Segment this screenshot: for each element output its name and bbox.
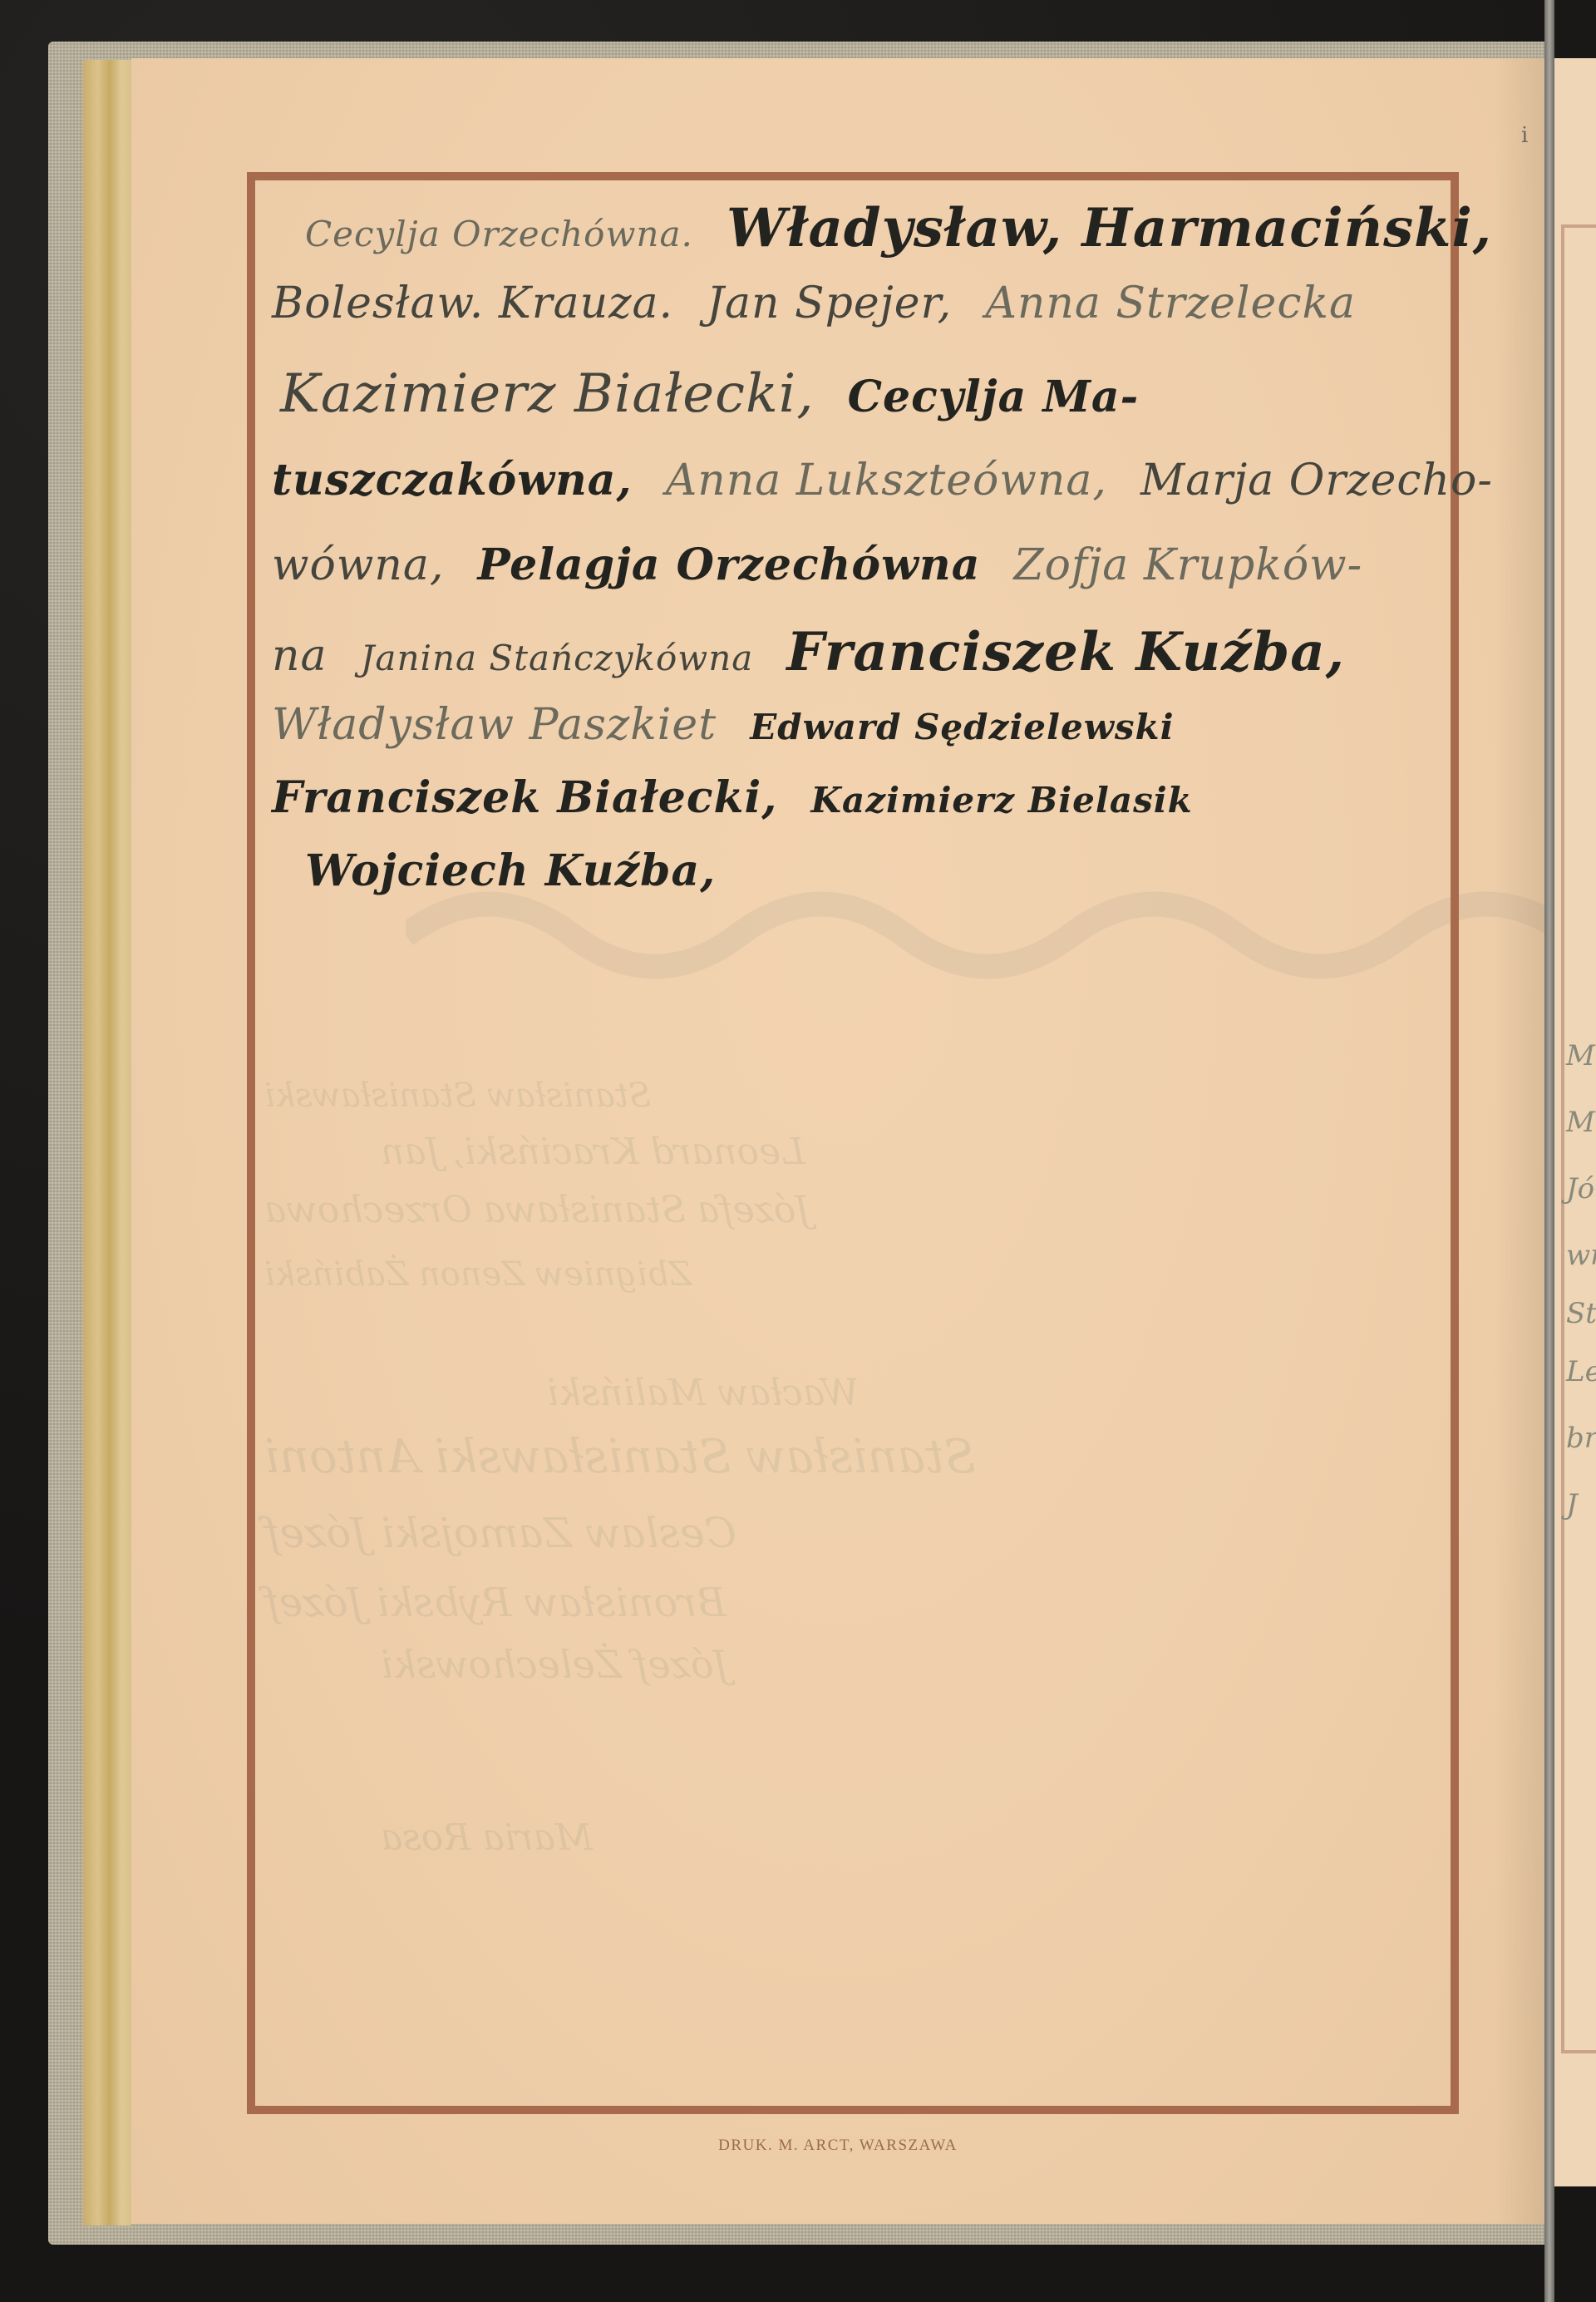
handwritten-name: Pelagja Orzechówna	[477, 540, 980, 590]
next-page-fragment: Ma	[1566, 1106, 1596, 1139]
handwritten-name: Anna Lukszteówna,	[666, 456, 1107, 505]
page-curl-shadow	[1495, 58, 1544, 2224]
handwritten-line: Władysław Paszkiet Edward Sędzielewski	[272, 700, 1203, 750]
handwritten-name: Cecylja Orzechówna.	[305, 214, 693, 254]
decorative-frame: Cecylja Orzechówna. Władysław, Harmacińs…	[247, 172, 1459, 2114]
handwritten-name: Franciszek Kuźba,	[786, 621, 1345, 683]
book-gutter	[1544, 0, 1554, 2302]
handwritten-name: Anna Strzelecka	[985, 279, 1356, 328]
handwritten-name: Bolesław. Krauza.	[272, 279, 673, 328]
next-page-fragment: J	[1566, 1488, 1578, 1521]
page-edges	[83, 60, 132, 2226]
handwritten-name: Wojciech Kuźba,	[305, 845, 716, 896]
next-page-edge: Ma Ma Jó wr Sta Leo bro J	[1554, 58, 1596, 2186]
handwritten-name: Marja Orzecho-	[1140, 456, 1493, 505]
handwritten-line: Franciszek Białecki, Kazimierz Bielasik	[272, 772, 1221, 823]
handwritten-line: Kazimierz Białecki, Cecylja Ma-	[280, 363, 1167, 425]
book-page: i Stanisław Stanisławski Leonard Kracińs…	[131, 58, 1544, 2224]
handwritten-line: Wojciech Kuźba,	[305, 845, 744, 896]
next-page-fragment: Sta	[1566, 1297, 1596, 1330]
next-page-fragment: wr	[1566, 1239, 1596, 1272]
next-page-fragment: Leo	[1566, 1355, 1596, 1388]
next-page-fragment: bro	[1566, 1422, 1596, 1455]
handwritten-name: Kazimierz Bielasik	[810, 780, 1192, 821]
handwritten-name: wówna,	[272, 540, 444, 590]
handwritten-line: wówna, Pelagja Orzechówna Zofja Krupków-	[272, 540, 1391, 590]
handwritten-line: Bolesław. Krauza. Jan Spejer, Anna Strze…	[272, 279, 1384, 328]
next-page-fragment: Ma	[1566, 1039, 1596, 1072]
handwritten-name: Edward Sędzielewski	[750, 707, 1174, 747]
handwritten-names-area: Cecylja Orzechówna. Władysław, Harmacińs…	[255, 180, 1451, 2106]
printer-imprint: DRUK. M. ARCT, WARSZAWA	[131, 2137, 1544, 2155]
handwritten-name: Władysław, Harmaciński,	[727, 197, 1492, 259]
handwritten-name: Janina Stańczykówna	[361, 638, 754, 678]
handwritten-name: tuszczakówna,	[272, 455, 633, 505]
handwritten-line: Cecylja Orzechówna. Władysław, Harmacińs…	[305, 197, 1520, 259]
handwritten-name: Cecylja Ma-	[848, 372, 1140, 422]
handwritten-name: Zofja Krupków-	[1013, 540, 1362, 590]
next-page-frame	[1561, 224, 1596, 2053]
handwritten-line: na Janina Stańczykówna Franciszek Kuźba,	[272, 621, 1373, 683]
handwritten-name: Kazimierz Białecki,	[280, 363, 815, 425]
handwritten-name: Franciszek Białecki,	[272, 772, 777, 823]
handwritten-name: na	[272, 631, 328, 681]
next-page-fragment: Jó	[1566, 1172, 1594, 1205]
handwritten-line: tuszczakówna, Anna Lukszteówna, Marja Or…	[272, 455, 1521, 505]
handwritten-name: Jan Spejer,	[707, 279, 952, 328]
corner-mark: i	[1521, 123, 1526, 156]
handwritten-name: Władysław Paszkiet	[272, 700, 717, 750]
